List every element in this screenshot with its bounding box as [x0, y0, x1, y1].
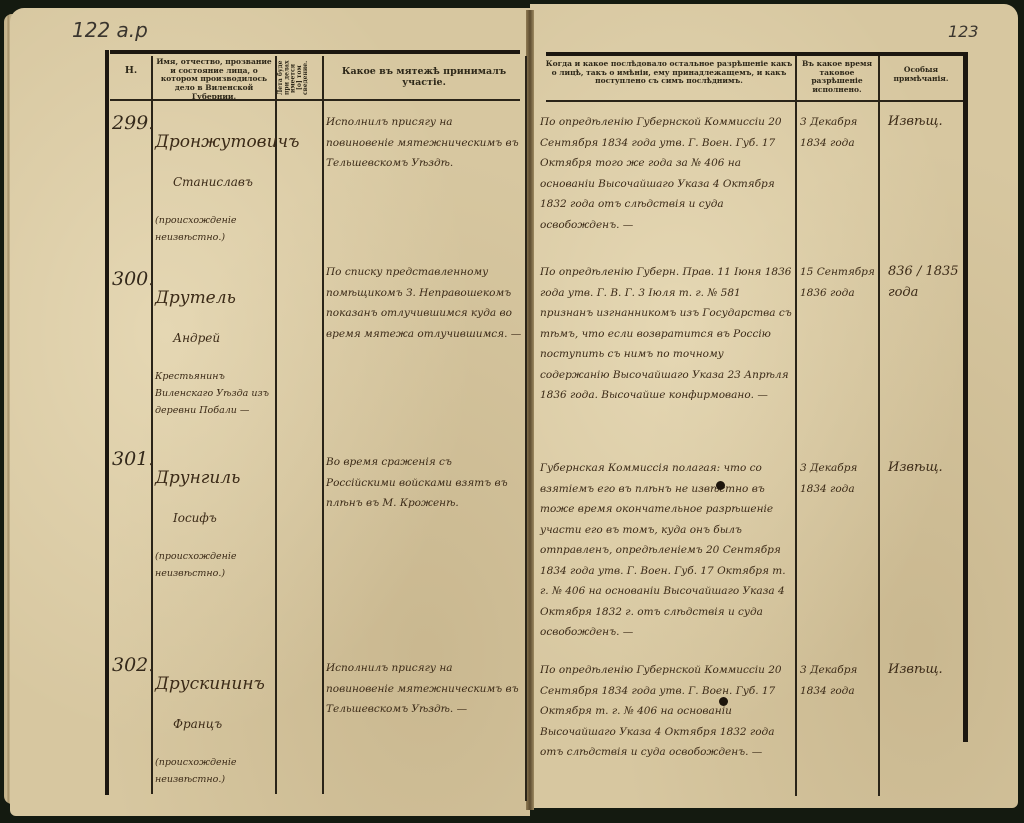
folio-number-left: 122 a.p: [72, 18, 148, 42]
entry-number: 301.: [112, 448, 154, 470]
header-vertical-note: Лета буде при делах имеется [о] том свед…: [278, 58, 320, 98]
entry-resolution: По опредѣленію Губернской Коммиссіи 20 С…: [540, 660, 792, 763]
left-top-rule: [110, 50, 520, 54]
right-outer-border: [963, 52, 968, 742]
entry-surname: Друтель: [155, 287, 273, 309]
entry-remarks: Извѣщ.: [888, 112, 960, 133]
entry-given-name: Францъ: [155, 715, 273, 733]
entry-remarks: Извѣщ.: [888, 660, 960, 681]
header-name: Имя, отчество, прозвание и состояние лиц…: [154, 58, 274, 101]
header-resolution: Когда и какое послѣдовало остальное разр…: [544, 60, 794, 86]
entry-remarks: Извѣщ.: [888, 458, 960, 479]
header-number: Н.: [113, 66, 149, 77]
entry-given-name: Іосифъ: [155, 509, 273, 527]
entry-surname: Друнгиль: [155, 467, 273, 489]
entry-participation: Исполнилъ присягу на повиновеніе мятежни…: [326, 658, 522, 720]
entry-given-name: Андрей: [155, 329, 273, 347]
book-gutter: [526, 10, 534, 810]
entry-participation: Во время сраженія съ Россійскими войскам…: [326, 452, 522, 514]
folio-number-right: 123: [948, 22, 979, 41]
entry-status: (происхожденіе неизвѣстно.): [155, 548, 273, 582]
left-col-divider-3: [322, 56, 324, 794]
ink-blot: [719, 697, 728, 706]
entry-resolution: Губернская Коммиссія полагая: что со взя…: [540, 458, 792, 643]
entry-resolution: По опредѣленію Губернской Коммиссіи 20 С…: [540, 112, 792, 235]
entry-name-block: Друтель Андрей Крестьянинъ Виленскаго Уѣ…: [155, 266, 273, 439]
left-col-divider-2: [275, 56, 277, 794]
entry-executed: 15 Сентября 1836 года: [800, 262, 876, 303]
right-header-bottom-rule: [546, 100, 964, 102]
right-col-divider-2: [878, 56, 880, 796]
left-col-divider-4: [525, 56, 527, 801]
left-col-divider-1: [151, 56, 153, 794]
entry-executed: 3 Декабря 1834 года: [800, 112, 876, 153]
entry-status: (происхожденіе неизвѣстно.): [155, 754, 273, 788]
entry-number: 300.: [112, 268, 154, 290]
entry-name-block: Дронжутовичъ Станиславъ (происхожденіе н…: [155, 110, 273, 266]
entry-surname: Дронжутовичъ: [155, 131, 273, 153]
entry-status: Крестьянинъ Виленскаго Уѣзда изъ деревни…: [155, 368, 273, 419]
entry-participation: По списку представленному помѣщикомъ З. …: [326, 262, 522, 344]
entry-name-block: Друскининъ Францъ (происхожденіе неизвѣс…: [155, 652, 273, 808]
entry-given-name: Станиславъ: [155, 173, 273, 191]
entry-number: 302.: [112, 654, 154, 676]
entry-remarks: 836 / 1835 года: [888, 262, 960, 303]
header-remarks: Особыя примѣчанія.: [880, 66, 962, 83]
entry-surname: Друскининъ: [155, 673, 273, 695]
header-participation: Какое въ мятежѣ принималъ участіе.: [326, 67, 522, 89]
entry-status: (происхожденіе неизвѣстно.): [155, 212, 273, 246]
entry-executed: 3 Декабря 1834 года: [800, 458, 876, 499]
left-outer-border: [105, 50, 109, 795]
ink-blot: [716, 481, 725, 490]
entry-resolution: По опредѣленію Губерн. Прав. 11 Іюня 183…: [540, 262, 792, 406]
entry-participation: Исполнилъ присягу на повиновеніе мятежни…: [326, 112, 522, 174]
right-col-divider-1: [795, 56, 797, 796]
header-executed: Въ какое время таковое разрѣшеніе исполн…: [797, 60, 877, 95]
entry-name-block: Друнгиль Іосифъ (происхожденіе неизвѣстн…: [155, 446, 273, 602]
entry-number: 299.: [112, 112, 154, 134]
right-top-rule: [546, 52, 964, 56]
entry-executed: 3 Декабря 1834 года: [800, 660, 876, 701]
